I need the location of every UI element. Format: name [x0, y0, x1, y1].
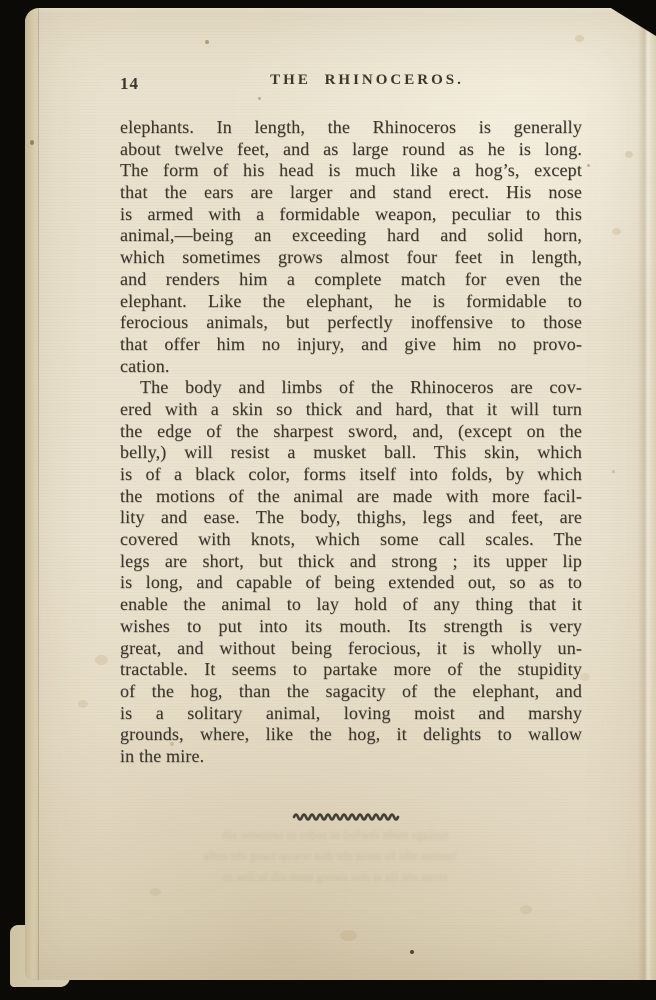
body-text: elephants. In length, the Rhinoceros is … [120, 117, 582, 768]
foxing-spot [340, 930, 357, 941]
bleed-through-text: tsniaga meht dnefed ot redro ni seimene … [120, 828, 550, 842]
text-line: is of a black color, forms itself into f… [120, 464, 582, 486]
foxing-spot [205, 40, 209, 44]
text-line: in the mire. [120, 746, 582, 768]
page-deckle-edge [25, 8, 39, 980]
text-line: is long, and capable of being extended o… [120, 572, 582, 594]
foxing-spot [30, 140, 34, 145]
text-line: wishes to put into its mouth. Its streng… [120, 616, 582, 638]
foxing-spot [258, 97, 261, 100]
foxing-spot [587, 164, 590, 167]
foxing-spot [625, 151, 633, 158]
text-line: elephant. Like the elephant, he is formi… [120, 291, 582, 313]
text-line: about twelve feet, and as large round as… [120, 139, 582, 161]
text-line: grounds, where, like the hog, it delight… [120, 724, 582, 746]
text-line: cation. [120, 356, 582, 378]
text-line: that the ears are larger and stand erect… [120, 182, 582, 204]
foxing-spot [612, 470, 615, 473]
foxing-spot [95, 655, 108, 665]
text-line: and renders him a complete match for eve… [120, 269, 582, 291]
text-line: The form of his head is much like a hog’… [120, 160, 582, 182]
bleed-through-text: lamina siht fo snrut eht dna rewop taerg… [95, 849, 565, 863]
foxing-spot [520, 905, 532, 914]
wavy-rule-ornament [291, 811, 403, 821]
foxing-spot [612, 228, 621, 235]
text-line: tractable. It seems to partake more of t… [120, 659, 582, 681]
scan-backdrop: 14 THE RHINOCEROS. elephants. In length,… [0, 0, 656, 1000]
foxing-spot [410, 950, 414, 954]
text-line: the edge of the sharpest sword, and, (ex… [120, 421, 582, 443]
text-line: of the hog, than the sagacity of the ele… [120, 681, 582, 703]
text-line: legs are short, but thick and strong ; i… [120, 551, 582, 573]
text-line: the motions of the animal are made with … [120, 486, 582, 508]
text-line: animal,—being an exceeding hard and soli… [120, 225, 582, 247]
text-line: is armed with a formidable weapon, pecul… [120, 204, 582, 226]
text-line: enable the animal to lay hold of any thi… [120, 594, 582, 616]
running-header: 14 THE RHINOCEROS. [120, 72, 582, 96]
text-line: belly,) will resist a musket ball. This … [120, 442, 582, 464]
text-line: elephants. In length, the Rhinoceros is … [120, 117, 582, 139]
text-line: that offer him no injury, and give him n… [120, 334, 582, 356]
binding-crease [638, 8, 656, 980]
text-line: is a solitary animal, loving moist and m… [120, 703, 582, 725]
running-head-title: THE RHINOCEROS. [136, 72, 598, 89]
text-line: which sometimes grows almost four feet i… [120, 247, 582, 269]
foxing-spot [150, 888, 161, 896]
foxing-spot [580, 673, 590, 681]
bleed-through-text: erom eht lla si dna sworg nroh sih hcihw… [140, 870, 530, 884]
text-line: The body and limbs of the Rhinoceros are… [120, 377, 582, 399]
foxing-spot [78, 700, 88, 708]
text-line: ferocious animals, but perfectly inoffen… [120, 312, 582, 334]
text-line: great, and without being ferocious, it i… [120, 638, 582, 660]
text-line: lity and ease. The body, thighs, legs an… [120, 507, 582, 529]
foxing-spot [170, 742, 174, 746]
foxing-spot [575, 35, 584, 42]
text-line: ered with a skin so thick and hard, that… [120, 399, 582, 421]
text-line: covered with knots, which some call scal… [120, 529, 582, 551]
book-page: 14 THE RHINOCEROS. elephants. In length,… [25, 8, 656, 980]
